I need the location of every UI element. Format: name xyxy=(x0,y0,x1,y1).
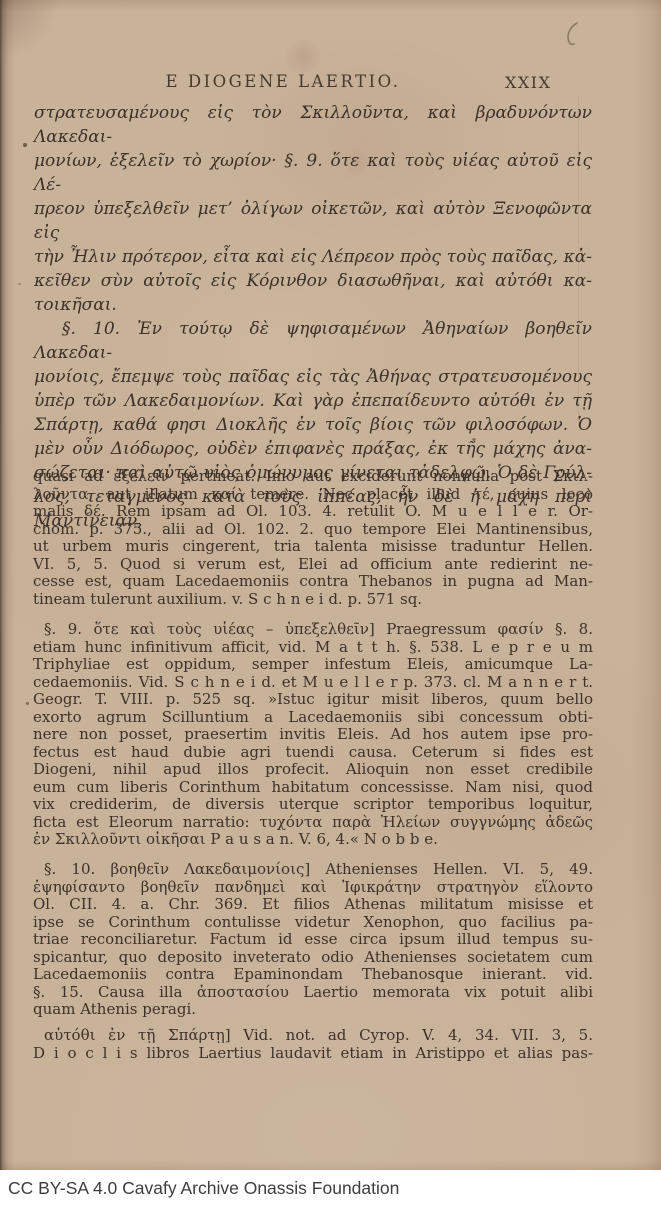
text-line: Ol. CII. 4. a. Chr. 369. Et filios Athen… xyxy=(33,896,593,914)
text-line: κεῖθεν σὺν αὐτοῖς εἰς Κόρινθον διασωθῆνα… xyxy=(34,269,592,293)
text-line: §. 10. βοηθεῖν Λακεδαιμονίοις] Atheniens… xyxy=(33,861,593,879)
text-line: spicantur, quo deposito inveterato odio … xyxy=(33,949,593,967)
paper-speck xyxy=(26,702,29,705)
scanned-page: E DIOGENE LAERTIO. XXIX στρατευσαμένους … xyxy=(0,0,661,1207)
commentary-note-sparta: αὐτόθι ἐν τῇ Σπάρτῃ] Vid. not. ad Cyrop.… xyxy=(33,1027,593,1062)
text-line: triae reconciliaretur. Factum id esse ci… xyxy=(33,931,593,949)
paper-speck xyxy=(23,143,27,147)
text-line: nere non posset, praesertim invitis Elei… xyxy=(33,726,593,744)
text-line: §. 15. Causa illa ἀποστασίου Laertio mem… xyxy=(33,984,593,1002)
text-line: πρεον ὑπεξελθεῖν μετ’ ὀλίγων οἰκετῶν, κα… xyxy=(34,197,592,245)
book-page: E DIOGENE LAERTIO. XXIX στρατευσαμένους … xyxy=(0,0,661,1170)
text-line: cesse est, quam Lacedaemoniis contra The… xyxy=(33,573,593,591)
text-line: quam Athenis peragi. xyxy=(33,1001,593,1019)
commentary-note-section-9: §. 9. ὅτε καὶ τοὺς υἱέας – ὑπεξελθεῖν] P… xyxy=(33,621,593,849)
text-line: στρατευσαμένους εἰς τὸν Σκιλλοῦντα, καὶ … xyxy=(34,101,592,149)
text-line: Triphyliae est oppidum, semper infestum … xyxy=(33,656,593,674)
license-caption-bar: CC BY-SA 4.0 Cavafy Archive Onassis Foun… xyxy=(0,1170,661,1207)
text-line: D i o c l i s libros Laertius laudavit e… xyxy=(33,1045,593,1063)
text-line: exorto agrum Scilluntium a Lacedaemoniis… xyxy=(33,709,593,727)
text-line: λοῦντα, aut illatum καί temere. Nec plac… xyxy=(33,486,593,504)
text-line: quasi ad ἐξελεῖν pertineat. Imo aut exci… xyxy=(33,468,593,486)
text-line: τὴν Ἦλιν πρότερον, εἶτα καὶ εἰς Λέπρεον … xyxy=(34,245,592,269)
text-line: tineam tulerunt auxilium. v. S c h n e i… xyxy=(33,591,593,609)
text-line: §. 9. ὅτε καὶ τοὺς υἱέας – ὑπεξελθεῖν] P… xyxy=(33,621,593,639)
text-line: μονίων, ἐξελεῖν τὸ χωρίον· §. 9. ὅτε καὶ… xyxy=(34,149,592,197)
text-line: §. 10. Ἐν τούτῳ δὲ ψηφισαμένων Ἀθηναίων … xyxy=(34,317,592,365)
text-line: cedaemoniis. Vid. S c h n e i d. et M u … xyxy=(33,674,593,692)
text-line: μονίοις, ἔπεμψε τοὺς παῖδας εἰς τὰς Ἀθήν… xyxy=(34,365,592,389)
text-line: vix crediderim, de diversis uterque scri… xyxy=(33,796,593,814)
paper-crease xyxy=(578,96,579,426)
text-line: fectus est haud dubie agri tuendi causa.… xyxy=(33,744,593,762)
running-header: E DIOGENE LAERTIO. xyxy=(0,72,566,91)
text-line: ut urbem muris cingerent, tria talenta m… xyxy=(33,538,593,556)
text-line: etiam hunc infinitivum afficit, vid. M a… xyxy=(33,639,593,657)
text-line: malis δέ. Rem ipsam ad Ol. 103. 4. retul… xyxy=(33,503,593,521)
text-line: ficta est Eleorum narratio: τυχόντα παρὰ… xyxy=(33,814,593,832)
text-line: Σπάρτῃ, καθά φησι Διοκλῆς ἐν τοῖς βίοις … xyxy=(34,413,592,437)
text-line: Geogr. T. VIII. p. 525 sq. »Istuc igitur… xyxy=(33,691,593,709)
text-line: eum cum liberis Corinthum habitatum conc… xyxy=(33,779,593,797)
commentary-note-section-10: §. 10. βοηθεῖν Λακεδαιμονίοις] Atheniens… xyxy=(33,861,593,1019)
text-line: chom. p. 375., alii ad Ol. 102. 2. quo t… xyxy=(33,521,593,539)
text-line: ἐν Σκιλλοῦντι οἰκῆσαι P a u s a n. V. 6,… xyxy=(33,831,593,849)
page-number: XXIX xyxy=(505,73,552,92)
commentary-note-continuation: quasi ad ἐξελεῖν pertineat. Imo aut exci… xyxy=(33,468,593,608)
text-line: μὲν οὖν Διόδωρος, οὐδὲν ἐπιφανὲς πράξας,… xyxy=(34,437,592,461)
paper-speck xyxy=(472,438,476,441)
paper-speck xyxy=(18,283,21,285)
text-line: ἐψηφίσαντο βοηθεῖν πανδημεὶ καὶ Ἰφικράτη… xyxy=(33,879,593,897)
text-line: Diogeni, nihil apud illos profecit. Alio… xyxy=(33,761,593,779)
text-line: ipse se Corinthum contulisse videtur Xen… xyxy=(33,914,593,932)
text-line: αὐτόθι ἐν τῇ Σπάρτῃ] Vid. not. ad Cyrop.… xyxy=(33,1027,593,1045)
handwritten-mark xyxy=(562,20,582,48)
text-line: VI. 5, 5. Quod si verum est, Elei ad off… xyxy=(33,556,593,574)
license-caption: CC BY-SA 4.0 Cavafy Archive Onassis Foun… xyxy=(0,1178,399,1199)
text-line: ὑπὲρ τῶν Λακεδαιμονίων. Καὶ γὰρ ἐπεπαίδε… xyxy=(34,389,592,413)
text-line: Lacedaemoniis contra Epaminondam Thebano… xyxy=(33,966,593,984)
text-line: τοικῆσαι. xyxy=(34,293,592,317)
